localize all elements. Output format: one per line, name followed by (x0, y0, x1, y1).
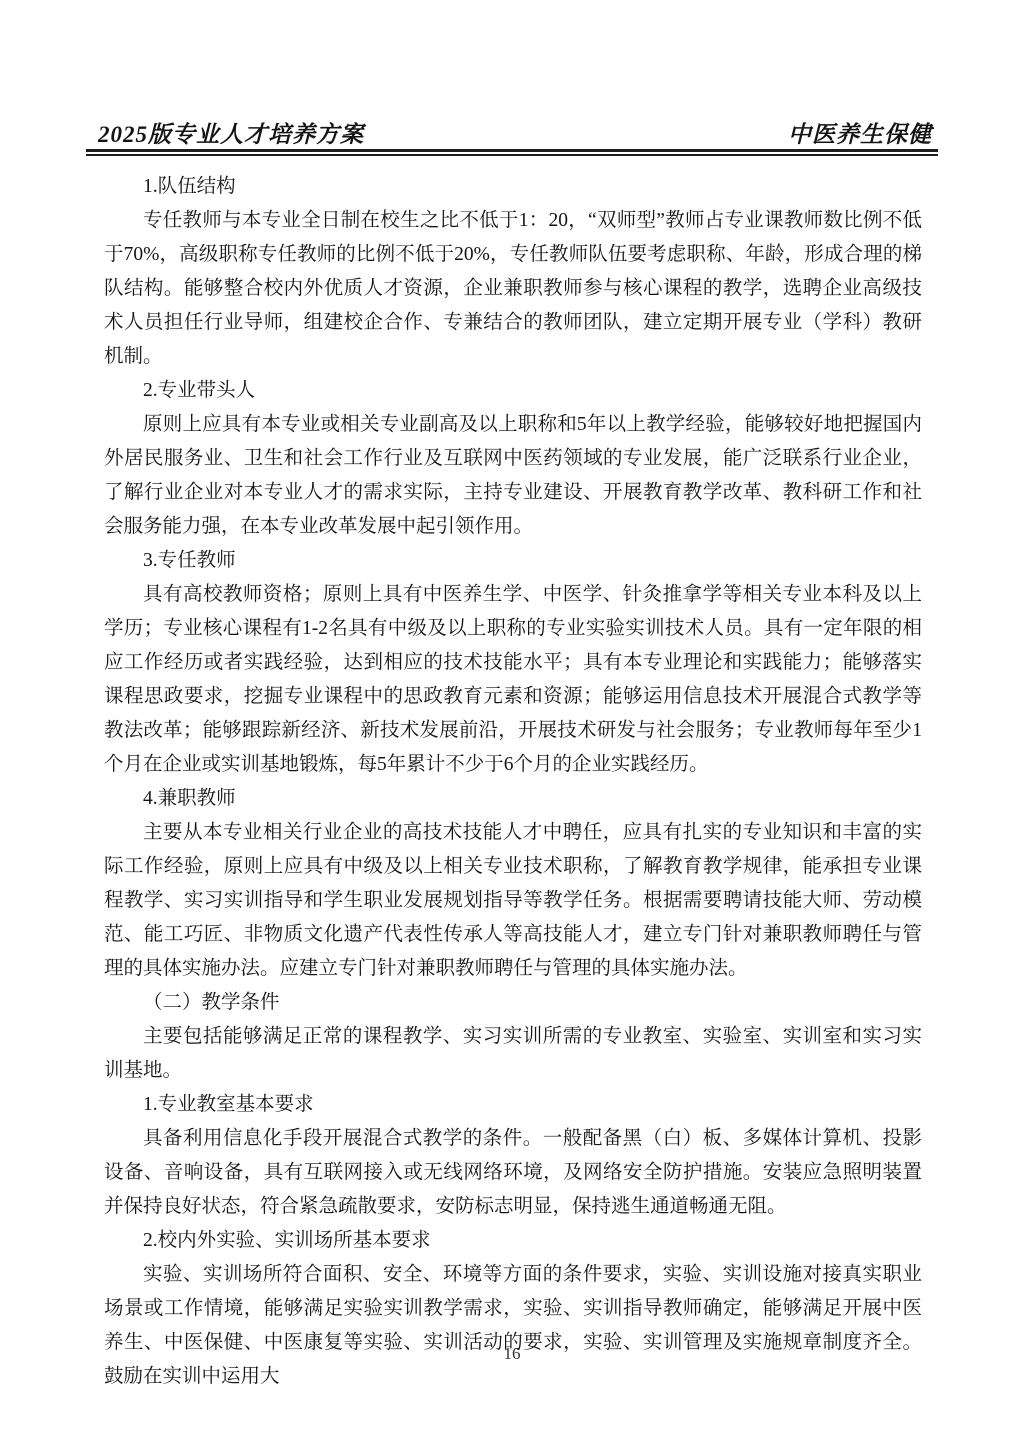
page-number: 16 (504, 1344, 521, 1363)
heading-paragraph: 2.校内外实验、实训场所基本要求 (104, 1224, 922, 1258)
paragraph: 具有高校教师资格；原则上具有中医养生学、中医学、针灸推拿学等相关专业本科及以上学… (104, 578, 922, 782)
heading-paragraph: 4.兼职教师 (104, 782, 922, 816)
document-body: 1.队伍结构专任教师与本专业全日制在校生之比不低于1：20，“双师型”教师占专业… (104, 170, 922, 1394)
paragraph: 原则上应具有本专业或相关专业副高及以上职称和5年以上教学经验，能够较好地把握国内… (104, 408, 922, 544)
heading-paragraph: 3.专任教师 (104, 544, 922, 578)
paragraph: 主要包括能够满足正常的课程教学、实习实训所需的专业教室、实验室、实训室和实习实训… (104, 1020, 922, 1088)
paragraph: 主要从本专业相关行业企业的高技术技能人才中聘任，应具有扎实的专业知识和丰富的实际… (104, 816, 922, 986)
page-footer: 16 (0, 1344, 1024, 1364)
paragraph: 实验、实训场所符合面积、安全、环境等方面的条件要求，实验、实训设施对接真实职业场… (104, 1258, 922, 1394)
header-right-title: 中医养生保健 (788, 116, 932, 149)
heading-paragraph: 1.队伍结构 (104, 170, 922, 204)
heading-paragraph: （二）教学条件 (104, 986, 922, 1020)
paragraph: 具备利用信息化手段开展混合式教学的条件。一般配备黑（白）板、多媒体计算机、投影设… (104, 1122, 922, 1224)
page-header: 2025版专业人才培养方案 中医养生保健 (98, 116, 932, 149)
document-page: 2025版专业人才培养方案 中医养生保健 1.队伍结构专任教师与本专业全日制在校… (0, 0, 1024, 1448)
paragraph: 专任教师与本专业全日制在校生之比不低于1：20，“双师型”教师占专业课教师数比例… (104, 204, 922, 374)
header-left-title: 2025版专业人才培养方案 (98, 116, 364, 149)
heading-paragraph: 2.专业带头人 (104, 374, 922, 408)
heading-paragraph: 1.专业教室基本要求 (104, 1088, 922, 1122)
header-divider-rule (86, 149, 938, 156)
